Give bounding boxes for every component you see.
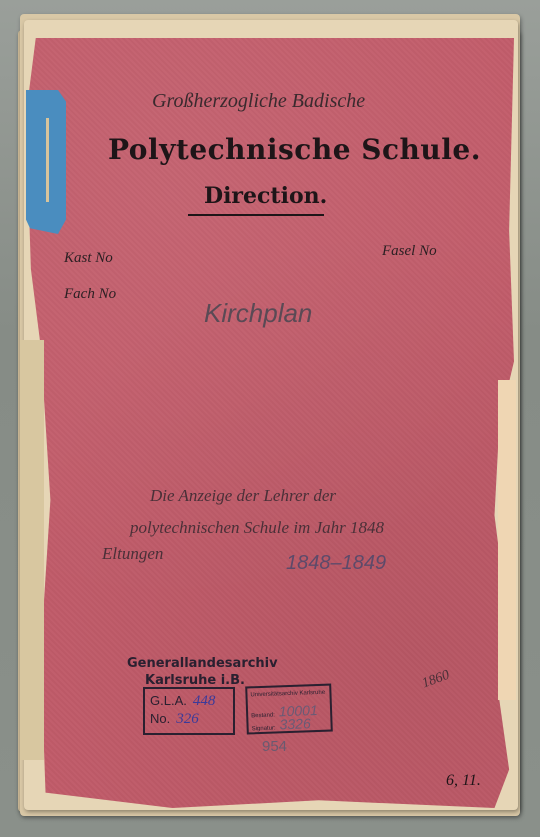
field-fach: Fach No bbox=[64, 286, 116, 303]
date-range: 1848–1849 bbox=[286, 552, 386, 575]
no-value: 326 bbox=[176, 711, 199, 727]
handwritten-line3: Eltungen bbox=[102, 544, 163, 564]
title-underline bbox=[188, 214, 324, 216]
header-title: Polytechnische Schule. bbox=[108, 133, 481, 166]
corner-mark: 6, 11. bbox=[446, 772, 481, 790]
no-row: No.326 bbox=[150, 711, 199, 728]
pencil-number: 954 bbox=[262, 738, 287, 755]
signatur-label: Signatur: bbox=[252, 725, 276, 732]
archive-stamp-title: Generallandesarchiv bbox=[127, 656, 278, 671]
header-line1: Großherzogliche Badische bbox=[152, 90, 365, 113]
university-archive-stamp: Universitätsarchiv Karlsruhe Bestand:100… bbox=[245, 684, 333, 735]
pencil-annotation: Kirchplan bbox=[204, 298, 312, 329]
gla-value: 448 bbox=[193, 693, 216, 709]
field-kast: Kast No bbox=[64, 250, 113, 267]
signatur-row: Signatur:3326 bbox=[251, 715, 311, 733]
gla-label: G.L.A. bbox=[150, 693, 187, 708]
handwritten-line2: polytechnischen Schule im Jahr 1848 bbox=[130, 518, 384, 538]
handwritten-line1: Die Anzeige der Lehrer der bbox=[150, 486, 336, 506]
ink-mark: 1860 bbox=[420, 668, 452, 693]
cover-content: Großherzogliche Badische Polytechnische … bbox=[0, 0, 540, 837]
header-subtitle: Direction. bbox=[204, 183, 327, 209]
uak-title: Universitätsarchiv Karlsruhe bbox=[250, 690, 325, 699]
field-tasel: Fasel No bbox=[382, 243, 437, 260]
gla-row: G.L.A.448 bbox=[150, 693, 215, 710]
gla-stamp-box: G.L.A.448 No.326 bbox=[143, 687, 235, 735]
no-label: No. bbox=[150, 711, 170, 726]
archive-stamp-city: Karlsruhe i.B. bbox=[145, 673, 245, 688]
signatur-value: 3326 bbox=[279, 715, 311, 732]
